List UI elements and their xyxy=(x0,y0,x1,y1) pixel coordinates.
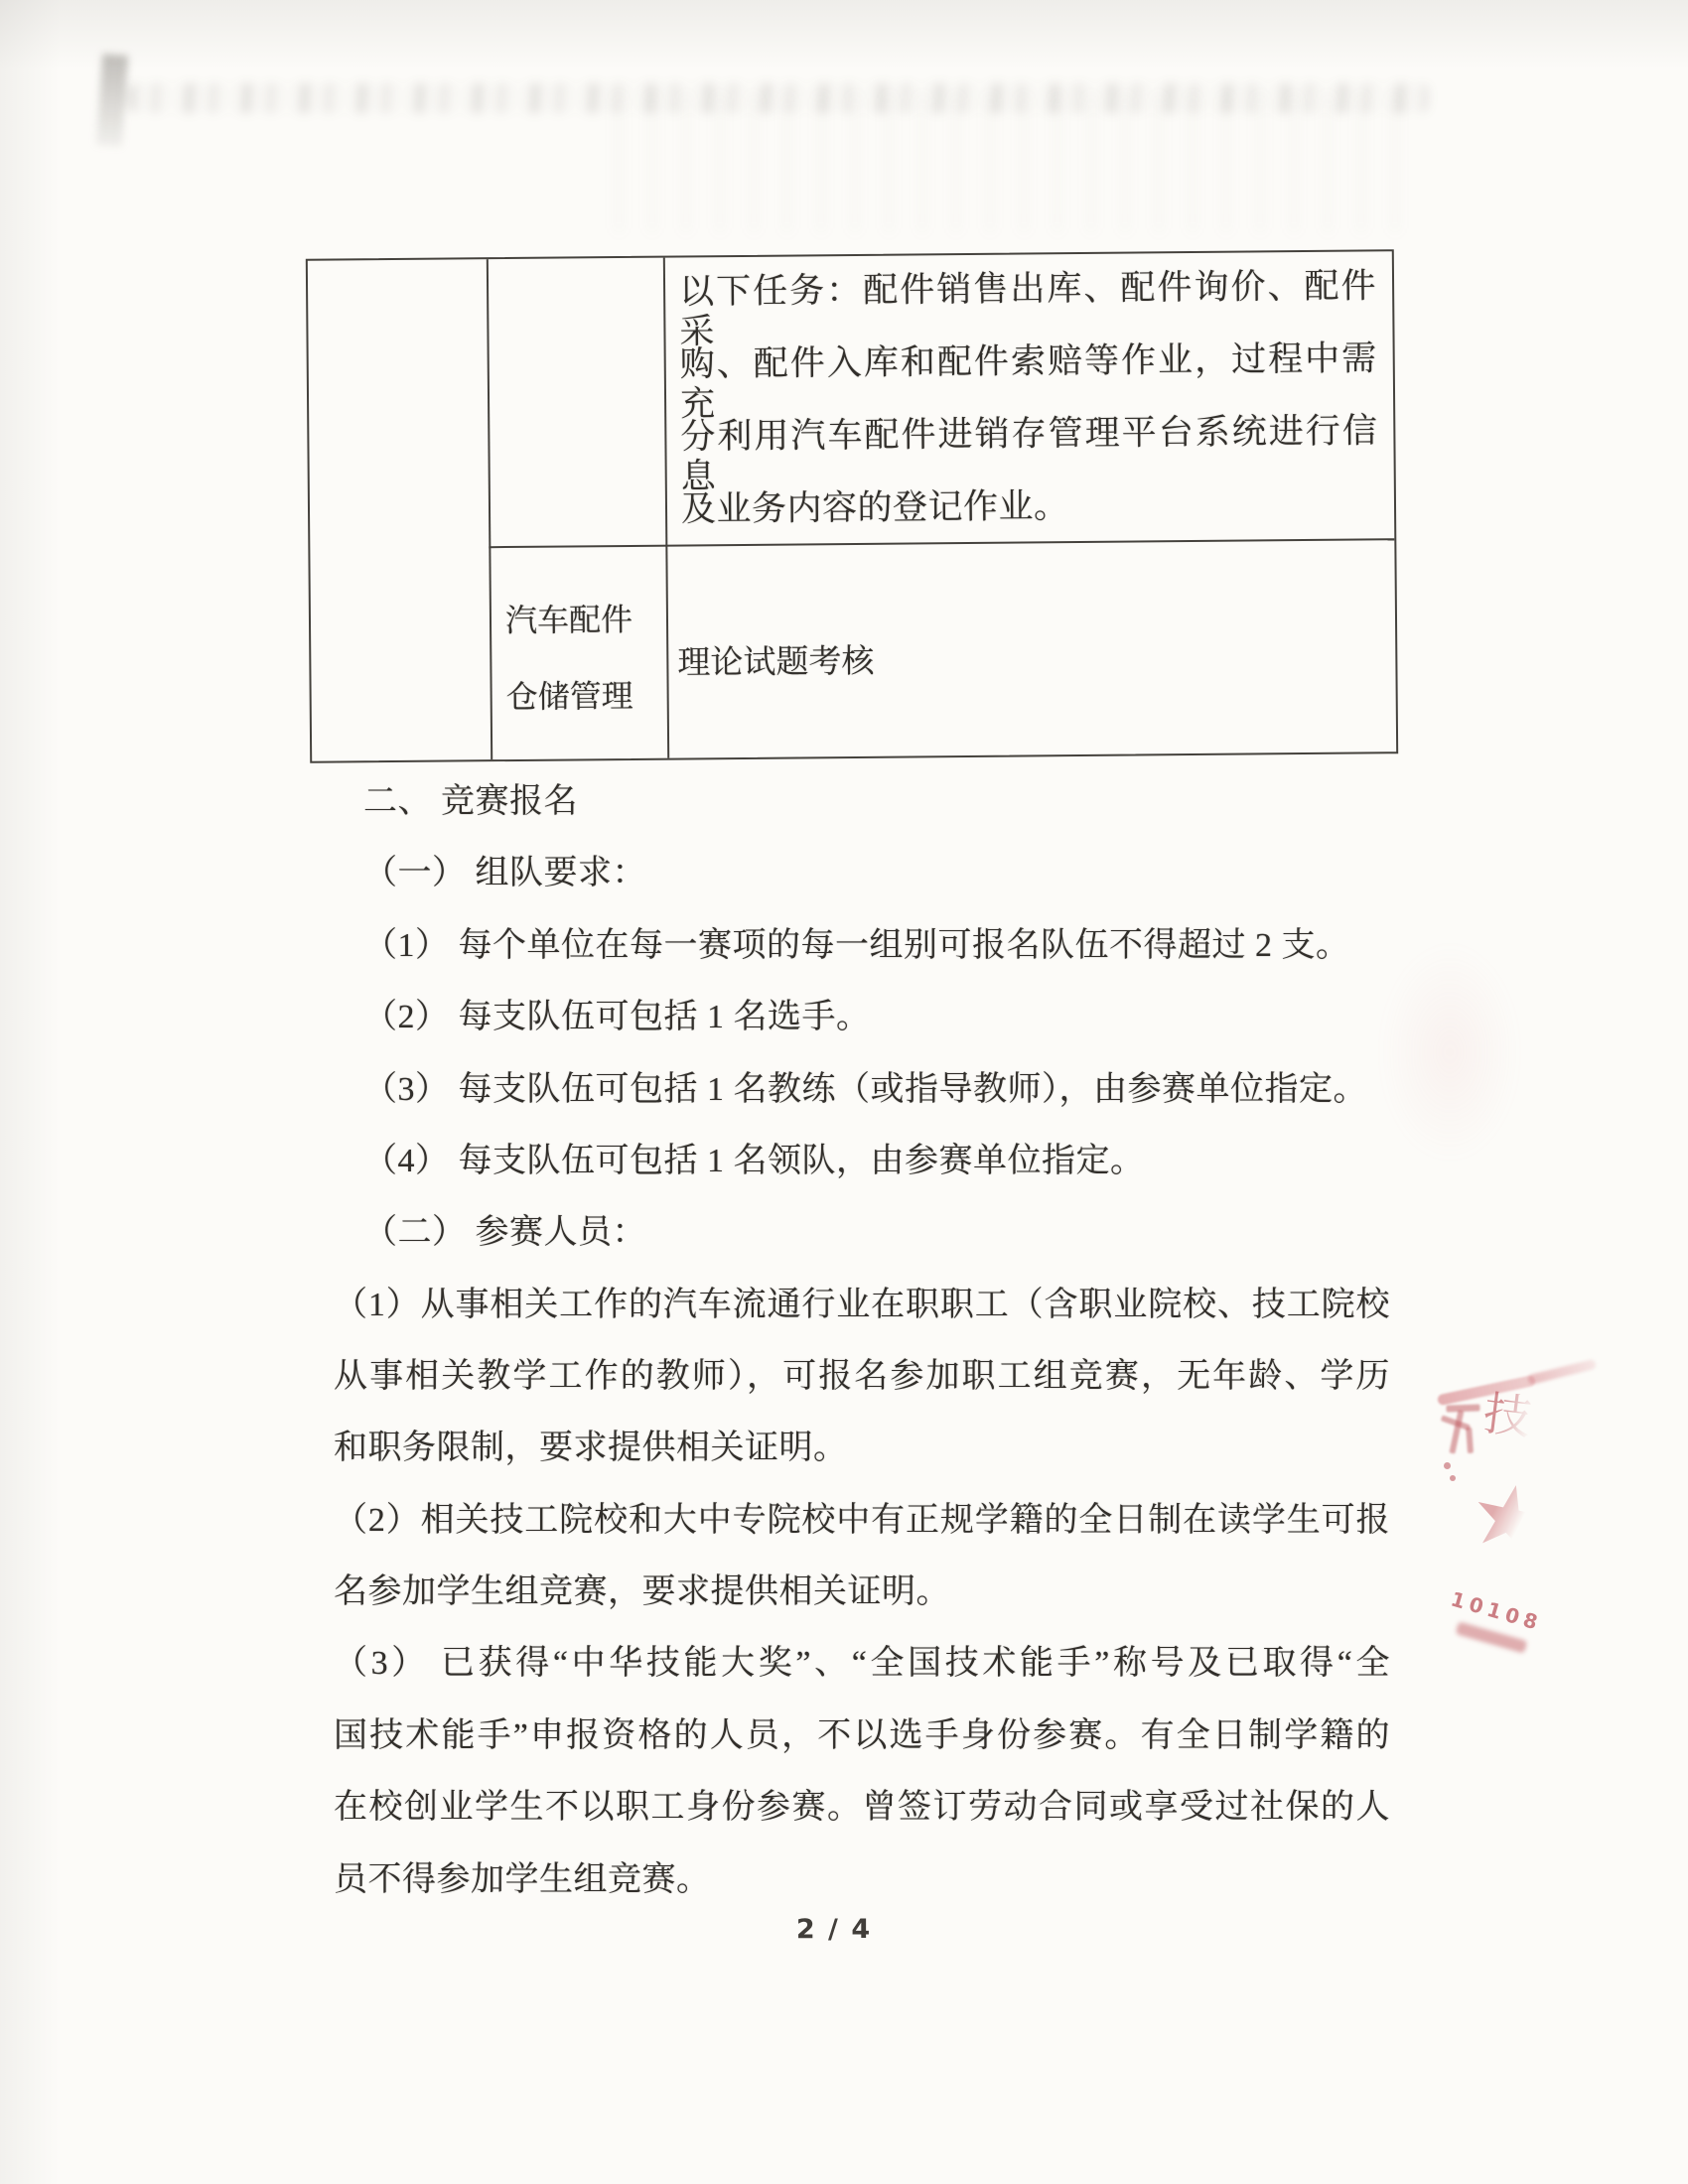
task-text-line: 购、配件入库和配件索赔等作业，过程中需充 xyxy=(680,339,1378,417)
paragraph-line: 从事相关教学工作的教师），可报名参加职工组竞赛，无年龄、学历 xyxy=(334,1357,1390,1397)
scan-corner-smudge xyxy=(96,54,128,147)
list-item-2: （2） 每支队伍可包括 1 名选手。 xyxy=(334,998,1420,1037)
paragraph-line: （1）从事相关工作的汽车流通行业在职职工（含职业院校、技工院校 xyxy=(334,1286,1390,1325)
paragraph-line: 和职务限制，要求提供相关证明。 xyxy=(334,1429,1390,1468)
paragraph-line: 员不得参加学生组竞赛。 xyxy=(334,1860,1390,1900)
table-column-divider-1 xyxy=(487,259,492,759)
stamp-illegible-marks xyxy=(1437,1399,1486,1464)
table-cell-task-description: 以下任务：配件销售出库、配件询价、配件采 购、配件入库和配件索赔等作业，过程中需… xyxy=(679,266,1379,562)
task-text-line: 分利用汽车配件进销存管理平台系统进行信息 xyxy=(680,411,1378,489)
table-cell-assessment: 理论试题考核 xyxy=(677,643,874,684)
subsection-heading-team-requirements: （一） 组队要求： xyxy=(334,854,1420,893)
subsection-heading-participants: （二） 参赛人员： xyxy=(334,1213,1420,1253)
section-heading: 二、 竞赛报名 xyxy=(334,782,1420,822)
page-number: 2 / 4 xyxy=(774,1914,894,1945)
paragraph-line: （3） 已获得“中华技能大奖”、“全国技术能手”称号及已取得“全 xyxy=(334,1644,1390,1684)
paragraph-line: 名参加学生组竞赛，要求提供相关证明。 xyxy=(334,1572,1390,1612)
module-name-line: 仓储管理 xyxy=(505,677,665,754)
scan-left-shade xyxy=(0,0,60,2184)
paragraph-line: （2）相关技工院校和大中专院校中有正规学籍的全日制在读学生可报 xyxy=(334,1501,1390,1541)
stamp-character: 技 xyxy=(1480,1390,1534,1442)
competition-content-table: 以下任务：配件销售出库、配件询价、配件采 购、配件入库和配件索赔等作业，过程中需… xyxy=(306,249,1398,763)
module-name-line: 汽车配件 xyxy=(505,601,665,678)
scan-streaks xyxy=(616,94,1410,233)
faint-stamp-smear xyxy=(1380,943,1519,1161)
paragraph-line: 在校创业学生不以职工身份参赛。曾签订劳动合同或享受过社保的人 xyxy=(334,1788,1390,1828)
table-cell-module-name: 汽车配件 仓储管理 xyxy=(505,601,665,754)
scan-top-shade xyxy=(0,0,1688,69)
list-item-4: （4） 每支队伍可包括 1 名领队，由参赛单位指定。 xyxy=(334,1142,1420,1181)
red-stamp-fragment: 技 ★ 10108 xyxy=(1400,1355,1688,1683)
paragraph-line: 国技术能手”申报资格的人员，不以选手身份参赛。有全日制学籍的 xyxy=(334,1716,1390,1756)
list-item-1: （1） 每个单位在每一赛项的每一组别可报名队伍不得超过 2 支。 xyxy=(334,926,1420,966)
scanned-document-page: 以下任务：配件销售出库、配件询价、配件采 购、配件入库和配件索赔等作业，过程中需… xyxy=(0,0,1688,2184)
stamp-ink-dots xyxy=(1444,1462,1460,1482)
task-text-line: 以下任务：配件销售出库、配件询价、配件采 xyxy=(679,266,1377,344)
task-text-line: 及业务内容的登记作业。 xyxy=(681,483,1379,562)
list-item-3: （3） 每支队伍可包括 1 名教练（或指导教师），由参赛单位指定。 xyxy=(334,1070,1420,1110)
stamp-ring-arc xyxy=(1527,1359,1597,1386)
stamp-star-icon: ★ xyxy=(1462,1469,1556,1570)
